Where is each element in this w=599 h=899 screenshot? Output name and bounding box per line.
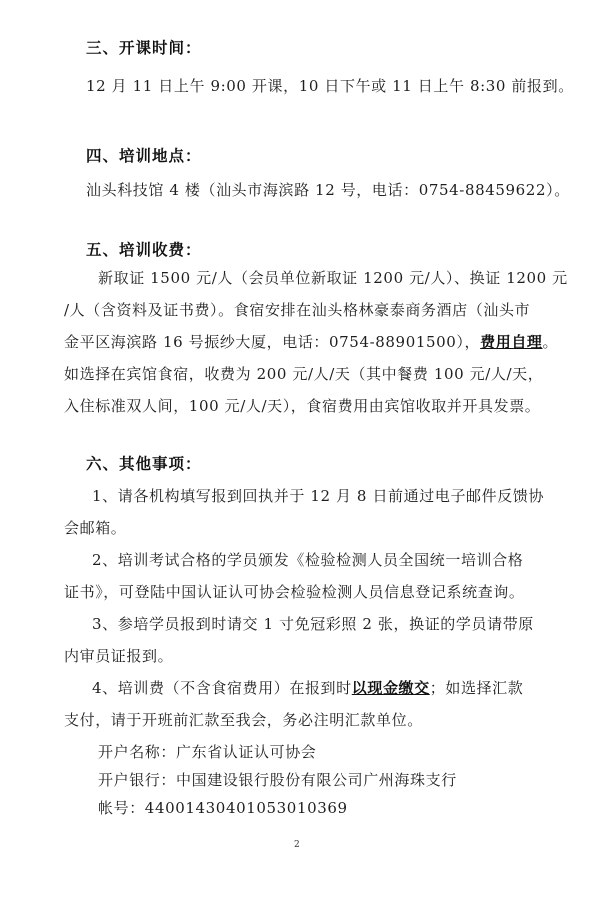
account-name: 开户名称：广东省认证认可协会 [98, 742, 316, 762]
item-1-line-1: 1、请各机构填写报到回执并于 12 月 8 日前通过电子邮件反馈协 [92, 486, 544, 506]
cash-payment-emphasis: 以现金缴交 [352, 679, 430, 697]
item-4-line-2: 支付，请于开班前汇款至我会，务必注明汇款单位。 [64, 710, 423, 730]
section-heading-class-time: 三、开课时间： [86, 38, 202, 58]
item-4-text: 4、培训费（不含食宿费用）在报到时 [92, 679, 352, 697]
fees-line-2: /人（含资料及证书费）。食宿安排在汕头格林豪泰商务酒店（汕头市 [64, 300, 530, 320]
item-4-line-1: 4、培训费（不含食宿费用）在报到时以现金缴交；如选择汇款 [92, 678, 523, 698]
page-number: 2 [294, 840, 300, 850]
fees-line-3-end: 。 [543, 333, 559, 351]
section-heading-location: 四、培训地点： [86, 146, 202, 166]
fees-line-3: 金平区海滨路 16 号振纱大厦，电话：0754-88901500），费用自理。 [64, 332, 558, 352]
fees-self-paid-emphasis: 费用自理 [480, 333, 542, 351]
item-4-text-end: ；如选择汇款 [430, 679, 524, 697]
fees-line-1: 新取证 1500 元/人（会员单位新取证 1200 元/人）、换证 1200 元 [98, 268, 568, 288]
section-heading-other-matters: 六、其他事项： [86, 454, 202, 474]
fees-line-4: 如选择在宾馆食宿，收费为 200 元/人/天（其中餐费 100 元/人/天， [64, 364, 543, 384]
document-page: 三、开课时间： 12 月 11 日上午 9:00 开课，10 日下午或 11 日… [0, 0, 599, 899]
fees-line-3-text: 金平区海滨路 16 号振纱大厦，电话：0754-88901500）， [64, 333, 480, 351]
item-2-line-1: 2、培训考试合格的学员颁发《检验检测人员全国统一培训合格 [92, 550, 523, 570]
fees-line-5: 入住标准双人间，100 元/人/天），食宿费用由宾馆收取并开具发票。 [64, 396, 540, 416]
item-3-line-2: 内审员证报到。 [64, 646, 173, 666]
item-3-line-1: 3、参培学员报到时请交 1 寸免冠彩照 2 张，换证的学员请带原 [92, 614, 534, 634]
location-text: 汕头科技馆 4 楼（汕头市海滨路 12 号，电话：0754-88459622）。 [86, 180, 570, 200]
item-1-line-2: 会邮箱。 [64, 518, 126, 538]
account-bank: 开户银行：中国建设银行股份有限公司广州海珠支行 [98, 770, 457, 790]
item-2-line-2: 证书》，可登陆中国认证认可协会检验检测人员信息登记系统查询。 [64, 582, 525, 602]
class-time-text: 12 月 11 日上午 9:00 开课，10 日下午或 11 日上午 8:30 … [86, 76, 574, 96]
account-number: 帐号：44001430401053010369 [98, 798, 348, 818]
section-heading-fees: 五、培训收费： [86, 240, 202, 260]
